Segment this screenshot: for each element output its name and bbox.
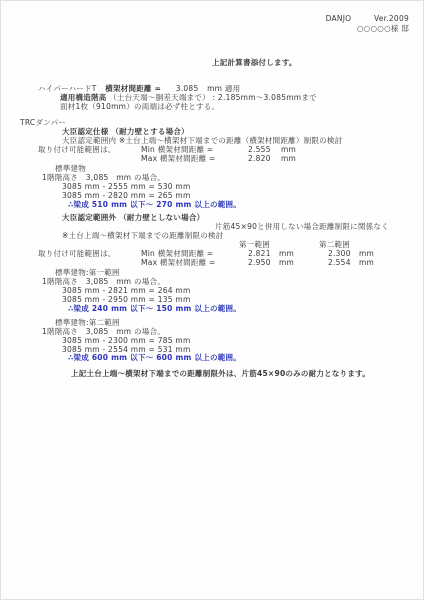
certified-min-unit: mm — [281, 145, 296, 154]
certified-heading: 大臣認定仕様 （耐力壁とする場合） — [62, 127, 189, 136]
program-version: Ver.2009 — [374, 14, 409, 23]
range1-case-line: 1階階高さ 3,085 mm の場合。 — [42, 277, 165, 286]
noncert-min-value-range2: 2.300 — [328, 249, 351, 258]
trc-damper-title: TRCダンパー — [20, 118, 66, 127]
range1-calc2: 3085 mm - 2950 mm = 135 mm — [62, 295, 191, 304]
range1-column-header: 第一範囲 — [239, 240, 270, 249]
footer-note: 上記土台上端～横架材下端までの距離制限外は、片筋45×90のみの耐力となります。 — [71, 369, 370, 378]
range1-title: 標準建物:第一範囲 — [55, 268, 120, 277]
noncert-max-value-range2: 2.554 — [328, 258, 351, 267]
certified-max-value: 2.820 — [248, 154, 271, 163]
noncert-max-value-range1: 2.950 — [248, 258, 271, 267]
hyperhard-distance-label: 横架材間距離 = — [105, 84, 161, 93]
certified-max-label: Max 横架材間距離 = — [141, 154, 216, 163]
hyperhard-distance-unit: mm 適用 — [207, 84, 240, 93]
calculation-document-page: DANJO Ver.2009 ○○○○○様 邸 上記計算書添付します。 ハイパー… — [0, 0, 424, 600]
noncert-scope-line: ※土台上端～横架材下端までの距離制限の検討 — [62, 231, 224, 240]
certified-range-label: 取り付け可能範囲は、 — [38, 145, 116, 154]
range1-conclusion: ∴梁成 240 mm 以下～ 150 mm 以上の範囲。 — [68, 304, 241, 313]
certified-case-line: 1階階高さ 3,085 mm の場合。 — [42, 173, 165, 182]
certified-min-label: Min 横架材間距離 = — [141, 145, 213, 154]
certified-max-unit: mm — [281, 154, 296, 163]
document-header: DANJO Ver.2009 — [326, 14, 409, 23]
noncert-max-unit-range2: mm — [359, 258, 374, 267]
range2-conclusion: ∴梁成 600 mm 以下～ 600 mm 以上の範囲。 — [68, 353, 241, 362]
hyperhard-height-label: 適用構造階高 — [60, 93, 107, 102]
range2-case-line: 1階階高さ 3,085 mm の場合。 — [42, 327, 165, 336]
hyperhard-panel-note: 面材1枚（910mm）の両端は必ず柱とする。 — [60, 102, 219, 111]
noncert-min-unit-range1: mm — [279, 249, 294, 258]
certified-calc2: 3085 mm - 2820 mm = 265 mm — [62, 191, 191, 200]
hyperhard-height-range: （土台天端～胴差天端まで） : 2.185mm～3.085mmまで — [109, 93, 317, 102]
noncert-max-unit-range1: mm — [279, 258, 294, 267]
noncert-heading: 大臣認定範囲外 （耐力壁としない場合） — [62, 213, 204, 222]
range1-calc1: 3085 mm - 2821 mm = 264 mm — [62, 286, 191, 295]
hyperhard-height-line: 適用構造階高 （土台天端～胴差天端まで） : 2.185mm～3.085mmまで — [60, 93, 317, 102]
certified-scope-line: 大臣認定範囲内 ※土台上端～横架材下端までの距離（横架材間距離）制限の検討 — [62, 136, 342, 145]
program-name: DANJO — [326, 14, 352, 23]
range2-column-header: 第二範囲 — [319, 240, 350, 249]
certified-standard-title: 標準建物 — [55, 164, 86, 173]
hyperhard-distance-value: 3.085 — [176, 84, 199, 93]
noncert-min-value-range1: 2.821 — [248, 249, 271, 258]
noncert-range-label: 取り付け可能範囲は、 — [38, 249, 116, 258]
hyperhard-distance-line: ハイパーハードT 横架材間距離 = 3.085 mm 適用 — [38, 84, 240, 93]
noncert-min-unit-range2: mm — [359, 249, 374, 258]
hyperhard-name: ハイパーハードT — [38, 84, 97, 93]
range2-title: 標準建物:第二範囲 — [55, 318, 120, 327]
intro-note: 上記計算書添付します。 — [212, 58, 297, 67]
certified-min-value: 2.555 — [248, 145, 271, 154]
noncert-brace-note: 片筋45×90と併用しない場合距離制限に関係なく — [215, 222, 389, 231]
certified-calc1: 3085 mm - 2555 mm = 530 mm — [62, 182, 191, 191]
range2-calc1: 3085 mm - 2300 mm = 785 mm — [62, 336, 191, 345]
client-name: ○○○○○様 邸 — [357, 24, 409, 33]
certified-conclusion: ∴梁成 510 mm 以下～ 270 mm 以上の範囲。 — [68, 200, 241, 209]
noncert-max-label: Max 横架材間距離 = — [141, 258, 216, 267]
noncert-min-label: Min 横架材間距離 = — [141, 249, 213, 258]
